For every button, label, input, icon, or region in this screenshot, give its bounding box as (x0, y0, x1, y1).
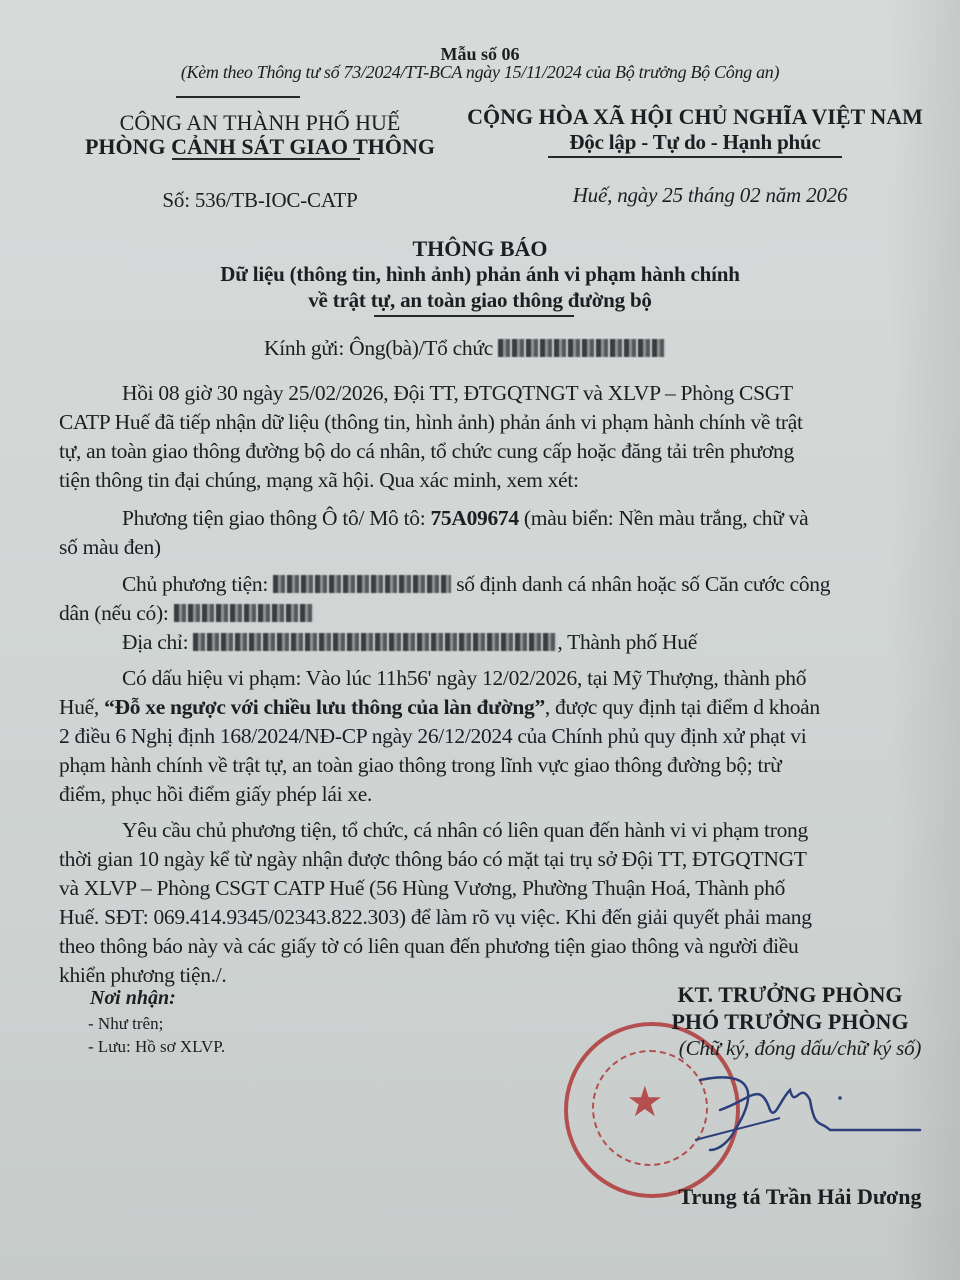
country-name: CỘNG HÒA XÃ HỘI CHỦ NGHĨA VIỆT NAM (440, 104, 950, 130)
address-line: Địa chỉ: , Thành phố Huế (122, 630, 697, 655)
owner-name-redacted (273, 575, 451, 593)
owner-id-label-cont: dân (nếu có): (59, 601, 169, 625)
recipient-item: - Lưu: Hồ sơ XLVP. (88, 1037, 225, 1057)
request-line: khiển phương tiện./. (59, 963, 227, 988)
recipient-item: - Như trên; (88, 1014, 163, 1034)
recipients-title: Nơi nhận: (90, 987, 176, 1010)
plate-description: (màu biển: Nền màu trắng, chữ và (519, 506, 809, 530)
request-line: Huế. SĐT: 069.414.9345/02343.822.303) để… (59, 905, 812, 930)
intro-line: tiện thông tin đại chúng, mạng xã hội. Q… (59, 468, 579, 493)
signature-subtitle: PHÓ TRƯỞNG PHÒNG (620, 1009, 960, 1035)
document-subtitle-line2: về trật tự, an toàn giao thông đường bộ (0, 288, 960, 313)
vehicle-label: Phương tiện giao thông Ô tô/ Mô tô: (122, 506, 430, 530)
violation-line: điểm, phục hồi điểm giấy phép lái xe. (59, 782, 372, 807)
intro-line: tự, an toàn giao thông đường bộ do cá nh… (59, 439, 794, 464)
violation-text: , được quy định tại điểm d khoản (545, 695, 820, 719)
violation-description: “Đỗ xe ngược với chiều lưu thông của làn… (104, 695, 545, 719)
address-redacted (193, 633, 557, 651)
form-reference: (Kèm theo Thông tư số 73/2024/TT-BCA ngà… (80, 62, 880, 83)
violation-line: 2 điều 6 Nghị định 168/2024/NĐ-CP ngày 2… (59, 724, 806, 749)
owner-line: Chủ phương tiện: số định danh cá nhân ho… (122, 572, 830, 597)
violation-line: phạm hành chính về trật tự, an toàn giao… (59, 753, 781, 778)
national-motto: Độc lập - Tự do - Hạnh phúc (440, 130, 950, 155)
request-line: Yêu cầu chủ phương tiện, tổ chức, cá nhâ… (122, 818, 808, 843)
address-label: Địa chỉ: (122, 630, 188, 654)
request-line: thời gian 10 ngày kể từ ngày nhận được t… (59, 847, 807, 872)
signer-name: Trung tá Trần Hải Dương (600, 1184, 960, 1210)
owner-label: Chủ phương tiện: (122, 572, 268, 596)
document-number: Số: 536/TB-IOC-CATP (60, 188, 460, 213)
owner-id-line: dân (nếu có): (59, 601, 314, 626)
issuer-agency: CÔNG AN THÀNH PHỐ HUẾ (60, 110, 460, 136)
address-city: , Thành phố Huế (557, 630, 697, 654)
document-subtitle-line1: Dữ liệu (thông tin, hình ảnh) phản ánh v… (0, 262, 960, 287)
handwritten-signature (690, 1070, 930, 1160)
violation-line: Có dấu hiệu vi phạm: Vào lúc 11h56' ngày… (122, 666, 806, 691)
owner-id-label: số định danh cá nhân hoặc số Căn cước cô… (456, 572, 830, 596)
violation-text: Huế, (59, 695, 104, 719)
star-icon: ★ (626, 1082, 664, 1124)
recipient-label: Kính gửi: Ông(bà)/Tổ chức (264, 336, 493, 360)
license-plate: 75A09674 (430, 506, 518, 530)
intro-line: Hồi 08 giờ 30 ngày 25/02/2026, Đội TT, Đ… (122, 381, 793, 406)
recipient-name-redacted (498, 339, 666, 357)
intro-line: CATP Huế đã tiếp nhận dữ liệu (thông tin… (59, 410, 803, 435)
signature-title: KT. TRƯỞNG PHÒNG (620, 982, 960, 1008)
request-line: và XLVP – Phòng CSGT CATP Huế (56 Hùng V… (59, 876, 785, 901)
owner-id-redacted (174, 604, 314, 622)
plate-description-cont: số màu đen) (59, 535, 161, 560)
violation-line: Huế, “Đỗ xe ngược với chiều lưu thông củ… (59, 695, 820, 720)
issuer-department: PHÒNG CẢNH SÁT GIAO THÔNG (50, 134, 470, 160)
signature-note: (Chữ ký, đóng dấu/chữ ký số) (630, 1036, 960, 1061)
request-line: theo thông báo này và các giấy tờ có liê… (59, 934, 798, 959)
place-date: Huế, ngày 25 tháng 02 năm 2026 (440, 183, 960, 208)
divider (172, 158, 360, 160)
divider (374, 315, 574, 317)
recipient-line: Kính gửi: Ông(bà)/Tổ chức (264, 336, 666, 361)
divider (176, 96, 300, 98)
document-title: THÔNG BÁO (0, 236, 960, 262)
vehicle-line: Phương tiện giao thông Ô tô/ Mô tô: 75A0… (122, 506, 808, 531)
divider (548, 156, 842, 158)
